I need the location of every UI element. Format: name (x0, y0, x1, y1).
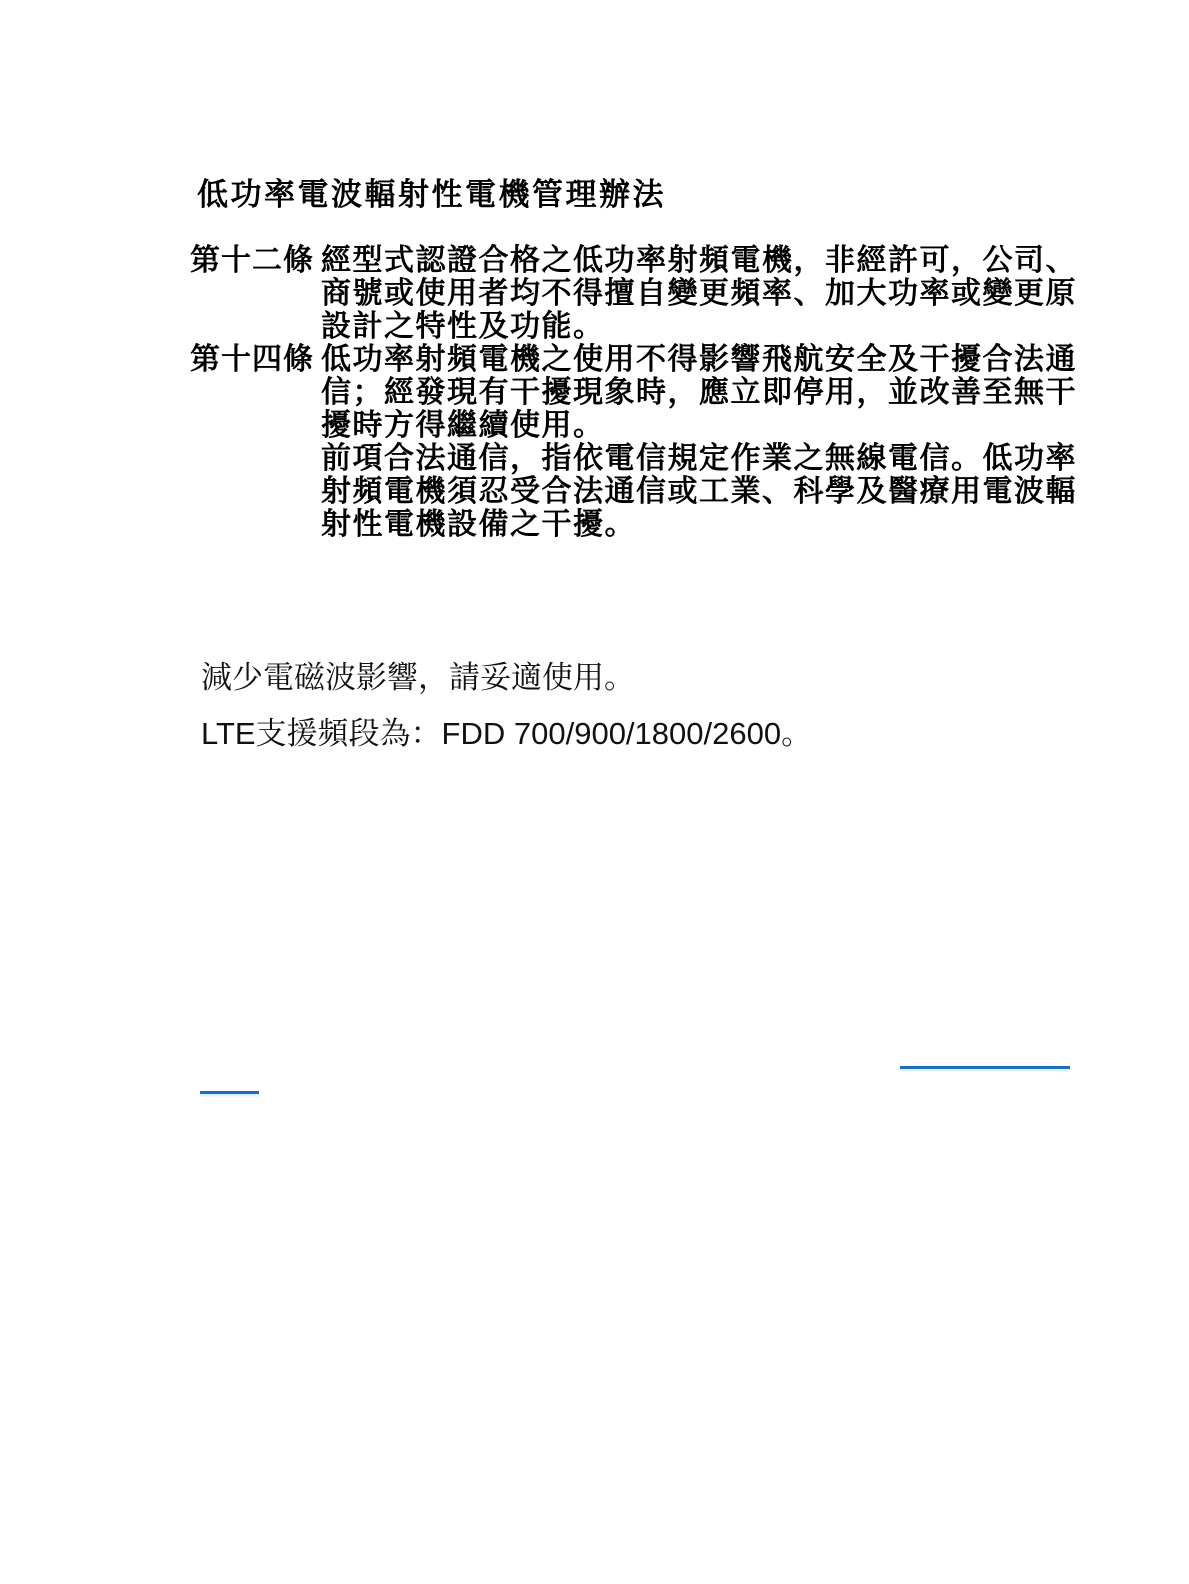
emf-usage-notice: 減少電磁波影響，請妥適使用。 (201, 652, 635, 697)
document-page: 低功率電波輻射性電機管理辦法 第十二條 經型式認證合格之低功率射頻電機，非經許可… (0, 0, 1189, 1584)
page-title: 低功率電波輻射性電機管理辦法 (197, 176, 666, 214)
article-row: 第十四條 低功率射頻電機之使用不得影響飛航安全及干擾合法通 信；經發現有干擾現象… (190, 343, 1090, 541)
articles-section: 第十二條 經型式認證合格之低功率射頻電機，非經許可，公司、 商號或使用者均不得擅… (190, 244, 1090, 541)
article-row: 第十二條 經型式認證合格之低功率射頻電機，非經許可，公司、 商號或使用者均不得擅… (190, 244, 1090, 343)
article-label: 第十四條 (190, 343, 321, 376)
article-label: 第十二條 (190, 244, 321, 277)
article-body: 經型式認證合格之低功率射頻電機，非經許可，公司、 商號或使用者均不得擅自變更頻率… (321, 244, 1086, 343)
article-body: 低功率射頻電機之使用不得影響飛航安全及干擾合法通 信；經發現有干擾現象時，應立即… (321, 343, 1086, 541)
hyperlink-underline-left[interactable] (200, 1091, 259, 1094)
hyperlink-underline-right[interactable] (900, 1066, 1070, 1069)
lte-band-notice: LTE支援頻段為：FDD 700/900/1800/2600。 (201, 708, 812, 753)
